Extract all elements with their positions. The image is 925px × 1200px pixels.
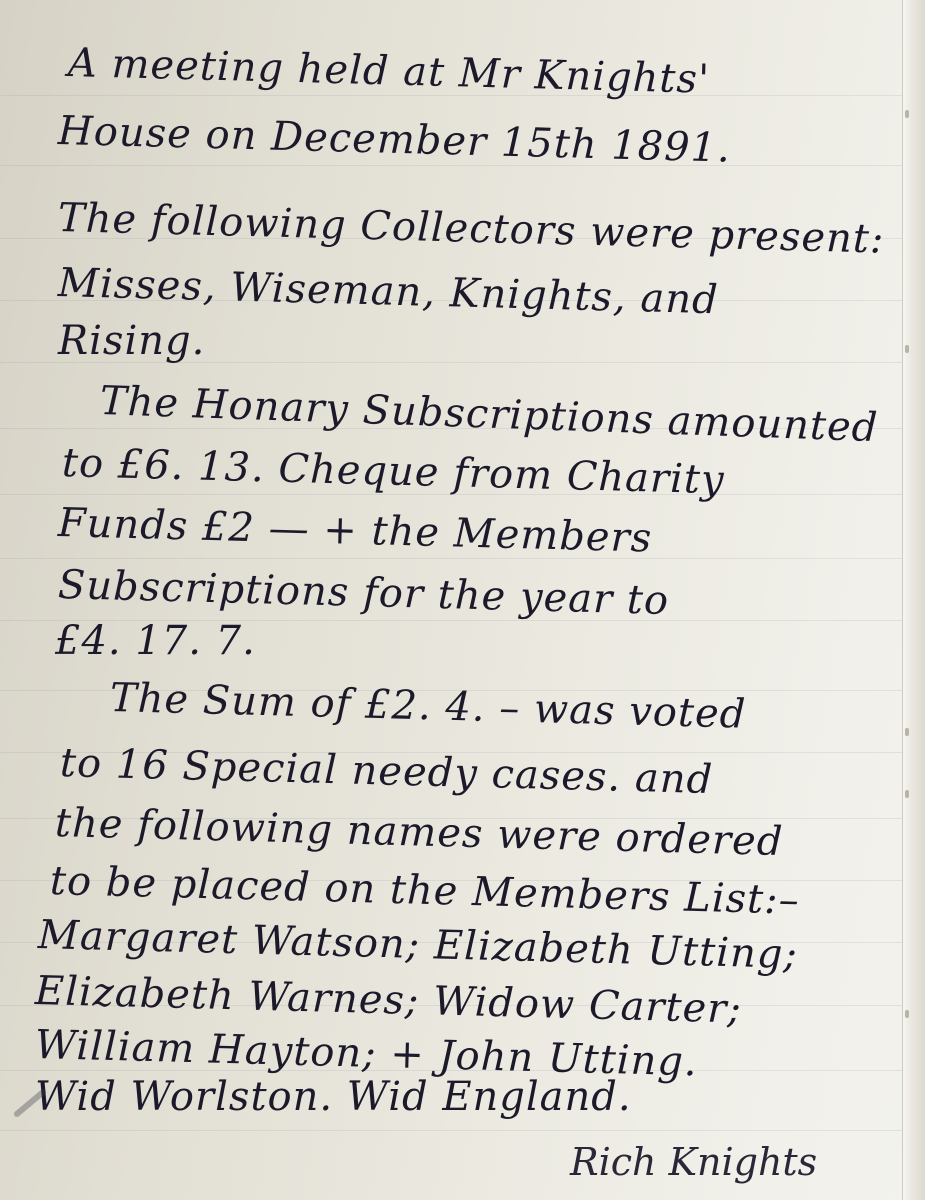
subscriptions-line-4: Subscriptions for the year to [57, 562, 669, 624]
page-binding-edge [902, 0, 925, 1200]
heading-line-1: A meeting held at Mr Knights' [67, 40, 710, 103]
ruled-line [0, 165, 905, 166]
subscriptions-line-1: The Honary Subscriptions amounted [99, 378, 879, 451]
member-names-line-1: Margaret Watson; Elizabeth Utting; [37, 912, 798, 978]
heading-line-2: House on December 15th 1891. [57, 108, 731, 172]
minute-book-page: A meeting held at Mr Knights' House on D… [0, 0, 905, 1200]
ruled-line [0, 1130, 905, 1131]
binding-stitch [905, 345, 909, 353]
subscriptions-line-5: £4. 17. 7. [55, 618, 256, 664]
binding-stitch [905, 1010, 909, 1018]
ruled-line [0, 558, 905, 559]
collectors-line-2: Misses, Wiseman, Knights, and [57, 260, 719, 323]
binding-stitch [905, 728, 909, 736]
vote-line-4: to be placed on the Members List:– [49, 858, 800, 924]
vote-line-1: The Sum of £2. 4. – was voted [109, 675, 747, 738]
subscriptions-line-3: Funds £2 — + the Members [57, 500, 652, 562]
member-names-line-4: Wid Worlston. Wid England. [35, 1074, 632, 1120]
collectors-line-3: Rising. [58, 318, 205, 364]
vote-line-2: to 16 Special needy cases. and [59, 740, 713, 803]
collectors-line-1: The following Collectors were present: [57, 195, 885, 263]
vote-line-3: the following names were ordered [54, 800, 784, 865]
signature: Rich Knights [570, 1140, 817, 1184]
member-names-line-2: Elizabeth Warnes; Widow Carter; [34, 968, 742, 1032]
binding-stitch [905, 110, 909, 118]
binding-stitch [905, 790, 909, 798]
